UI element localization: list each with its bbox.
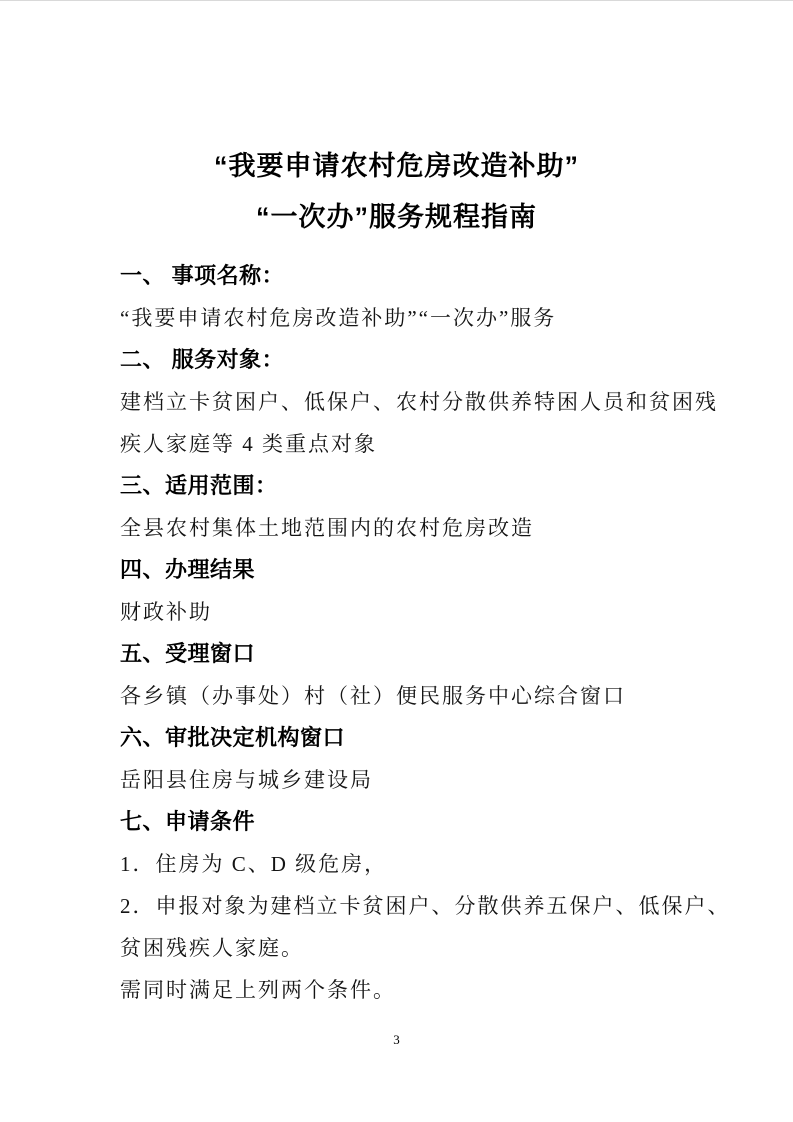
section-body-line: 全县农村集体土地范围内的农村危房改造	[120, 507, 676, 549]
doc-title-line1: “我要申请农村危房改造补助”	[0, 141, 793, 192]
section-body-line: 2．申报对象为建档立卡贫困户、分散供养五保户、低保户、	[120, 885, 676, 927]
section-body-line: 岳阳县住房与城乡建设局	[120, 759, 676, 801]
section-body-line: 疾人家庭等 4 类重点对象	[120, 423, 676, 465]
section-body-line: 财政补助	[120, 591, 676, 633]
section-body-line: 贫困残疾人家庭。	[120, 927, 676, 969]
section-heading-approval-agency: 六、审批决定机构窗口	[120, 717, 676, 759]
doc-title: “我要申请农村危房改造补助” “一次办”服务规程指南	[0, 0, 793, 243]
document-page: “我要申请农村危房改造补助” “一次办”服务规程指南 一、 事项名称： “我要申…	[0, 0, 793, 1122]
doc-title-line2: “一次办”服务规程指南	[0, 192, 793, 243]
section-heading-item-name: 一、 事项名称：	[120, 255, 676, 297]
section-body-line: “我要申请农村危房改造补助”“一次办”服务	[120, 297, 676, 339]
section-body-line: 建档立卡贫困户、低保户、农村分散供养特困人员和贫困残	[120, 381, 676, 423]
section-heading-scope: 三、适用范围：	[120, 465, 676, 507]
doc-content: 一、 事项名称： “我要申请农村危房改造补助”“一次办”服务 二、 服务对象： …	[0, 255, 793, 1011]
section-heading-service-target: 二、 服务对象：	[120, 339, 676, 381]
page-top-edge	[0, 0, 793, 1]
section-heading-result: 四、办理结果	[120, 549, 676, 591]
section-body-line: 各乡镇（办事处）村（社）便民服务中心综合窗口	[120, 675, 676, 717]
section-body-line: 1．住房为 C、D 级危房，	[120, 843, 676, 885]
section-heading-application-conditions: 七、申请条件	[120, 801, 676, 843]
section-heading-acceptance-window: 五、受理窗口	[120, 633, 676, 675]
section-body-line: 需同时满足上列两个条件。	[120, 969, 676, 1011]
page-number: 3	[0, 1032, 793, 1048]
